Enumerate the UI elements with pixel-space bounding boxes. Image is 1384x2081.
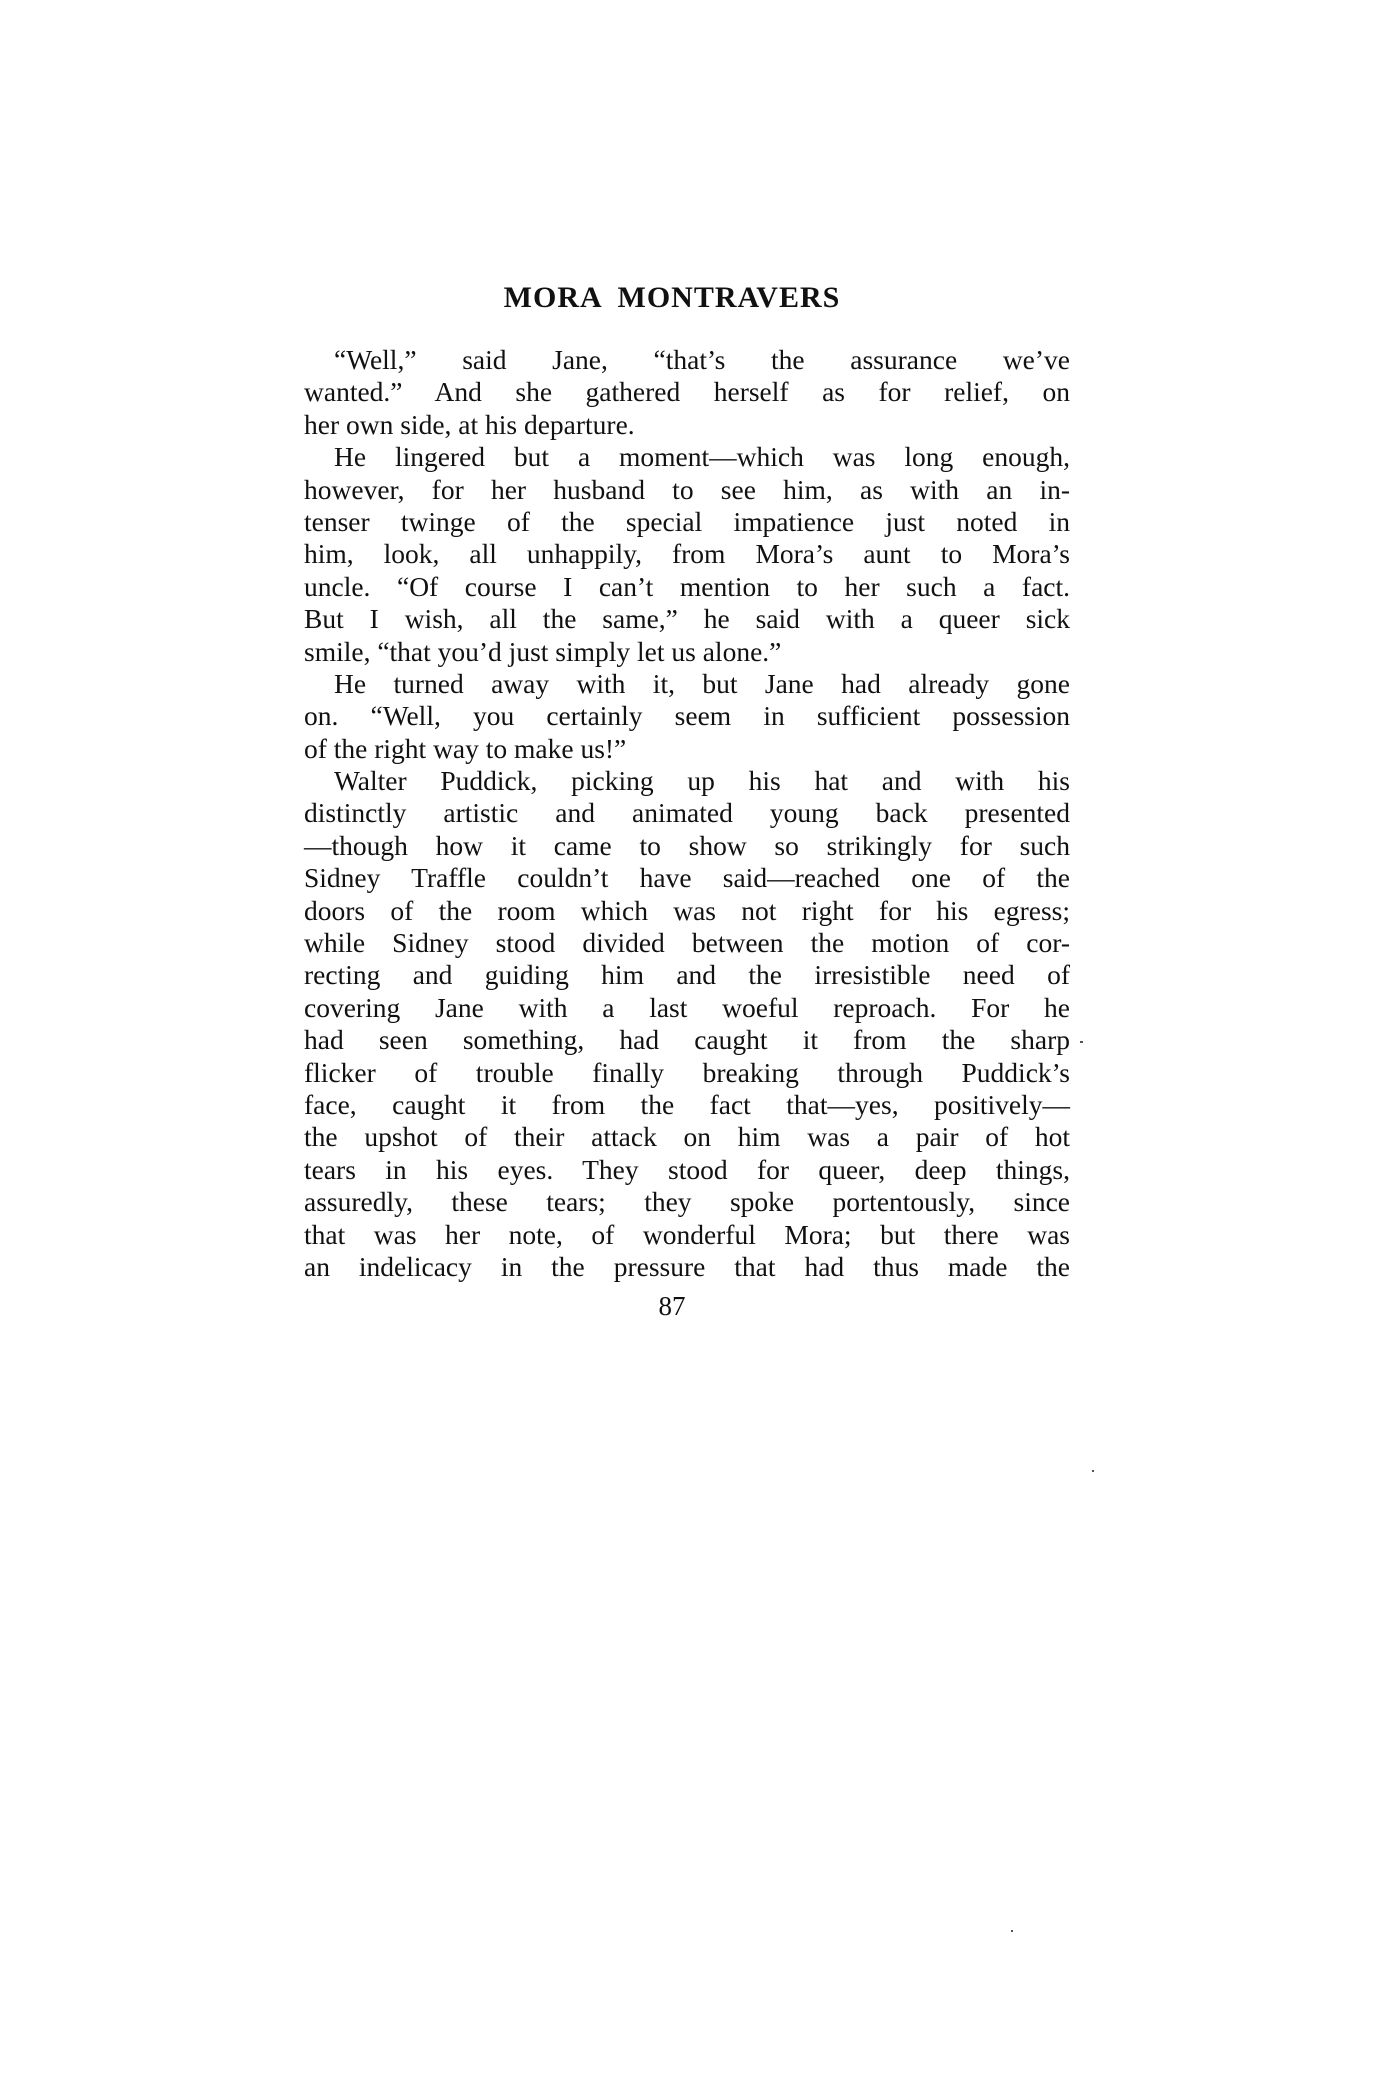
text-line: He turned away with it, but Jane had alr…: [274, 668, 1070, 700]
text-line: uncle. “Of course I can’t mention to her…: [274, 571, 1070, 603]
page-number: 87: [274, 1289, 1070, 1323]
text-line: doors of the room which was not right fo…: [274, 895, 1070, 927]
text-line: smile, “that you’d just simply let us al…: [274, 636, 1070, 668]
text-line: distinctly artistic and animated young b…: [274, 797, 1070, 829]
text-line: that was her note, of wonderful Mora; bu…: [274, 1219, 1070, 1251]
running-head: MORA MONTRAVERS: [274, 278, 1070, 318]
text-line: wanted.” And she gathered herself as for…: [274, 376, 1070, 408]
book-page: MORA MONTRAVERS “Well,” said Jane, “that…: [274, 278, 1070, 1323]
text-line: the upshot of their attack on him was a …: [274, 1121, 1070, 1153]
text-line: He lingered but a moment—which was long …: [274, 441, 1070, 473]
text-line: recting and guiding him and the irresist…: [274, 959, 1070, 991]
text-line: her own side, at his departure.: [274, 409, 1070, 441]
paragraph: He lingered but a moment—which was long …: [274, 441, 1070, 668]
scan-speck: [1011, 1930, 1013, 1932]
text-line: while Sidney stood divided between the m…: [274, 927, 1070, 959]
text-line: tenser twinge of the special impatience …: [274, 506, 1070, 538]
text-line: —though how it came to show so strikingl…: [274, 830, 1070, 862]
text-line: face, caught it from the fact that—yes, …: [274, 1089, 1070, 1121]
text-line: him, look, all unhappily, from Mora’s au…: [274, 538, 1070, 570]
paragraph: “Well,” said Jane, “that’s the assurance…: [274, 344, 1070, 441]
paragraph: He turned away with it, but Jane had alr…: [274, 668, 1070, 765]
text-line: tears in his eyes. They stood for queer,…: [274, 1154, 1070, 1186]
text-line: Sidney Traffle couldn’t have said—reache…: [274, 862, 1070, 894]
paragraph: Walter Puddick, picking up his hat and w…: [274, 765, 1070, 1283]
text-line: But I wish, all the same,” he said with …: [274, 603, 1070, 635]
text-line: “Well,” said Jane, “that’s the assurance…: [274, 344, 1070, 376]
text-line: however, for her husband to see him, as …: [274, 474, 1070, 506]
text-line: assuredly, these tears; they spoke porte…: [274, 1186, 1070, 1218]
text-line: had seen something, had caught it from t…: [274, 1024, 1070, 1056]
text-line: covering Jane with a last woeful reproac…: [274, 992, 1070, 1024]
text-line: flicker of trouble finally breaking thro…: [274, 1057, 1070, 1089]
text-line: Walter Puddick, picking up his hat and w…: [274, 765, 1070, 797]
text-line: of the right way to make us!”: [274, 733, 1070, 765]
text-line: an indelicacy in the pressure that had t…: [274, 1251, 1070, 1283]
scan-speck: [1080, 1041, 1083, 1043]
body-text: “Well,” said Jane, “that’s the assurance…: [274, 344, 1070, 1283]
scan-speck: [1092, 1470, 1094, 1472]
text-line: on. “Well, you certainly seem in suffici…: [274, 700, 1070, 732]
